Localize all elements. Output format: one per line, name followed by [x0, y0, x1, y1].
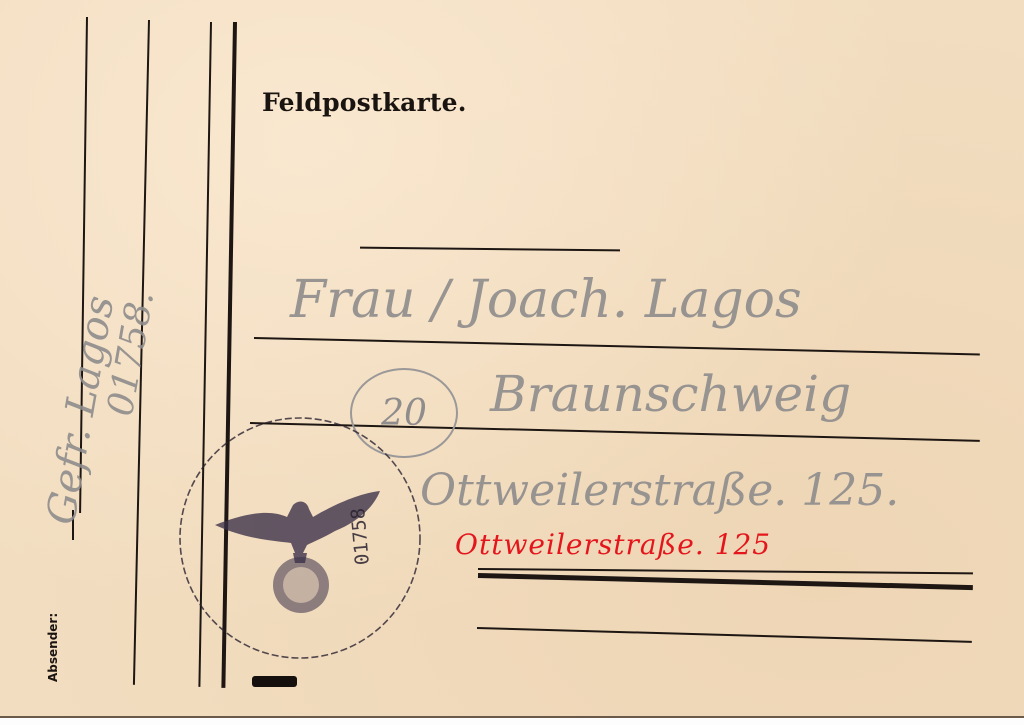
red-street-annotation: Ottweilerstraße. 125 — [455, 528, 771, 561]
recipient-street-handwriting: Ottweilerstraße. 125. — [420, 465, 899, 516]
card-bottom-edge — [0, 716, 1024, 725]
address-line-3-bold — [478, 573, 973, 590]
sender-label: Absender: — [46, 613, 60, 682]
postcard: Feldpostkarte. Absender: Gefr. Lagos 017… — [0, 0, 1024, 718]
address-line-3-thin — [478, 568, 973, 574]
postmark-stamp — [175, 413, 425, 663]
address-line-short — [360, 247, 620, 252]
printed-dash-mark — [252, 676, 297, 687]
address-line-1 — [254, 337, 980, 355]
recipient-city-handwriting: Braunschweig — [490, 365, 851, 423]
address-line-4 — [477, 627, 972, 643]
card-title: Feldpostkarte. — [262, 88, 467, 117]
recipient-name-handwriting: Frau / Joach. Lagos — [290, 270, 802, 330]
